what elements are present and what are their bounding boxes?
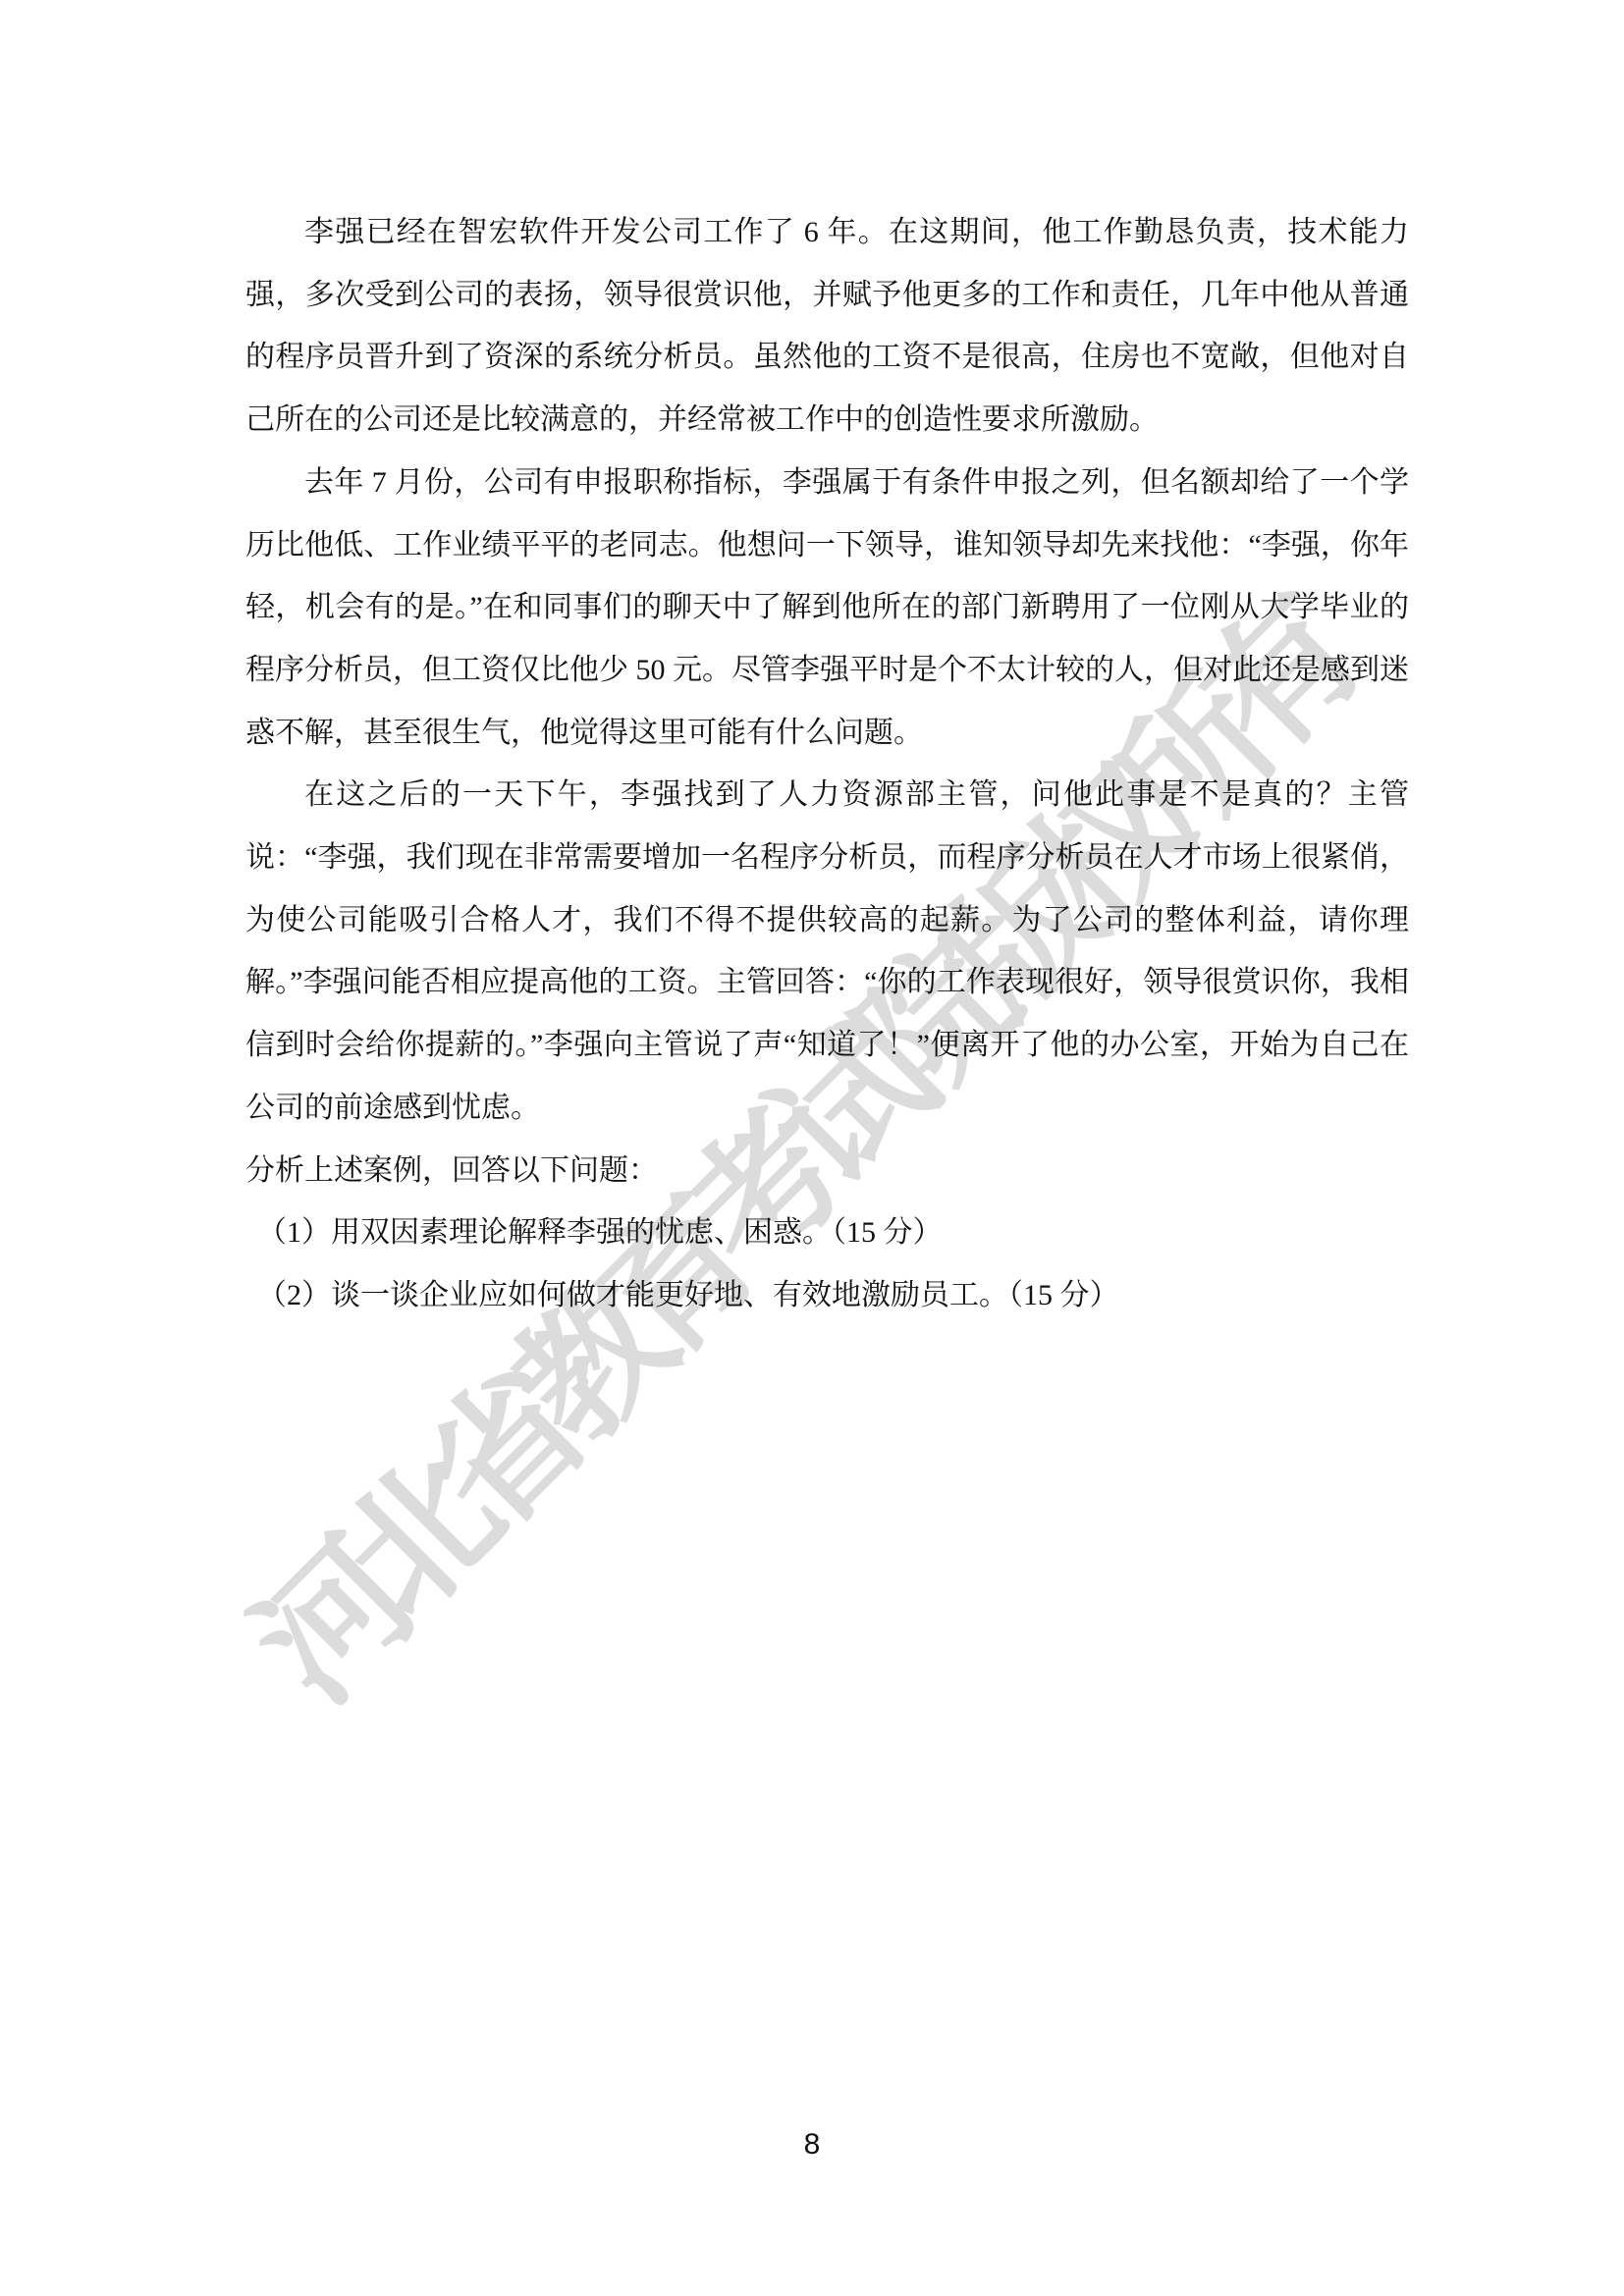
page-number: 8 xyxy=(0,2128,1624,2162)
case-paragraph-2: 去年 7 月份，公司有申报职称指标，李强属于有条件申报之列，但名额却给了一个学历… xyxy=(245,452,1409,765)
document-page: 河北省教育考试院版权所有 李强已经在智宏软件开发公司工作了 6 年。在这期间，他… xyxy=(0,0,1624,2296)
case-study-text: 李强已经在智宏软件开发公司工作了 6 年。在这期间，他工作勤恳负责，技术能力强，… xyxy=(245,201,1409,1327)
questions-prompt: 分析上述案例，回答以下问题： xyxy=(245,1140,1409,1202)
case-paragraph-1: 李强已经在智宏软件开发公司工作了 6 年。在这期间，他工作勤恳负责，技术能力强，… xyxy=(245,201,1409,452)
question-1: （1）用双因素理论解释李强的忧虑、困惑。（15 分） xyxy=(245,1201,1409,1264)
case-paragraph-3: 在这之后的一天下午，李强找到了人力资源部主管，问他此事是不是真的？主管说：“李强… xyxy=(245,764,1409,1139)
question-2: （2）谈一谈企业应如何做才能更好地、有效地激励员工。（15 分） xyxy=(245,1264,1409,1327)
